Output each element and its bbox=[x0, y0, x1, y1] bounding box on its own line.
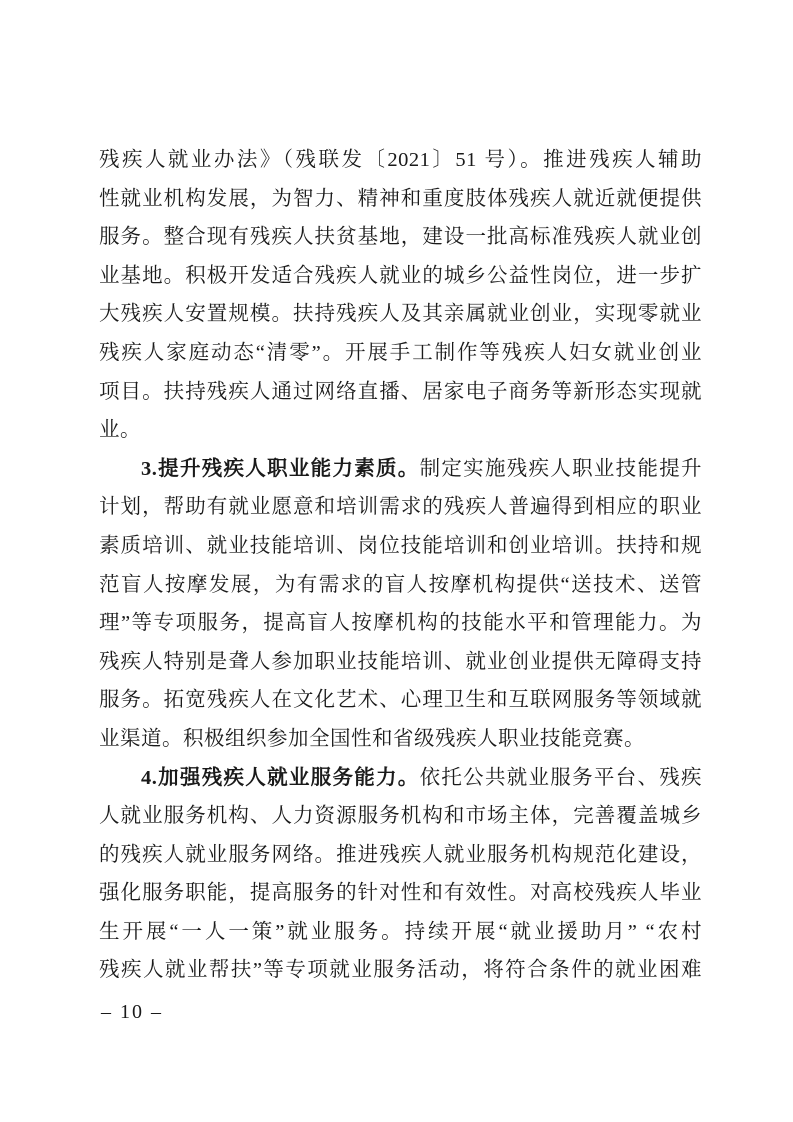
body-text-segment: 生开展“一人一策”就业服务。持续开展“就业援助月” “农村 bbox=[99, 921, 702, 943]
text-line: 服务。整合现有残疾人扶贫基地，建设一批高标准残疾人就业创 bbox=[99, 218, 702, 257]
body-text-segment: 服务。整合现有残疾人扶贫基地，建设一批高标准残疾人就业创 bbox=[99, 226, 702, 248]
para-section-3: 3.提升残疾人职业能力素质。制定实施残疾人职业技能提升计划，帮助有就业愿意和培训… bbox=[99, 450, 702, 759]
text-line: 业。 bbox=[99, 411, 702, 450]
body-text-segment: 服务。拓宽残疾人在文化艺术、心理卫生和互联网服务等领域就 bbox=[99, 689, 702, 711]
body-text-segment: 业基地。积极开发适合残疾人就业的城乡公益性岗位，进一步扩 bbox=[99, 265, 702, 287]
body-text-segment: 强化服务职能，提高服务的针对性和有效性。对高校残疾人毕业 bbox=[99, 882, 702, 904]
body-text-segment: 理”等专项服务，提高盲人按摩机构的技能水平和管理能力。为 bbox=[99, 612, 702, 634]
text-line: 残疾人就业办法》（残联发〔2021〕51 号）。推进残疾人辅助 bbox=[99, 141, 702, 180]
body-text-segment: 性就业机构发展，为智力、精神和重度肢体残疾人就近就便提供 bbox=[99, 188, 702, 210]
text-line: 人就业服务机构、人力资源服务机构和市场主体，完善覆盖城乡 bbox=[99, 797, 702, 836]
text-line: 素质培训、就业技能培训、岗位技能培训和创业培训。扶持和规 bbox=[99, 527, 702, 566]
text-line: 项目。扶持残疾人通过网络直播、居家电子商务等新形态实现就 bbox=[99, 373, 702, 412]
body-text-segment: 范盲人按摩发展，为有需求的盲人按摩机构提供“送技术、送管 bbox=[99, 574, 702, 596]
section-heading: 4.加强残疾人就业服务能力。 bbox=[141, 767, 420, 789]
text-line: 业渠道。积极组织参加全国性和省级残疾人职业技能竞赛。 bbox=[99, 720, 702, 759]
para-continued: 残疾人就业办法》（残联发〔2021〕51 号）。推进残疾人辅助性就业机构发展，为… bbox=[99, 141, 702, 450]
text-line: 大残疾人安置规模。扶持残疾人及其亲属就业创业，实现零就业 bbox=[99, 295, 702, 334]
body-text-segment: 素质培训、就业技能培训、岗位技能培训和创业培训。扶持和规 bbox=[99, 535, 702, 557]
body-text-segment: 项目。扶持残疾人通过网络直播、居家电子商务等新形态实现就 bbox=[99, 381, 702, 403]
body-text: 残疾人就业办法》（残联发〔2021〕51 号）。推进残疾人辅助性就业机构发展，为… bbox=[99, 141, 702, 990]
text-line: 残疾人家庭动态“清零”。开展手工制作等残疾人妇女就业创业 bbox=[99, 334, 702, 373]
text-line: 生开展“一人一策”就业服务。持续开展“就业援助月” “农村 bbox=[99, 913, 702, 952]
para-section-4: 4.加强残疾人就业服务能力。依托公共就业服务平台、残疾人就业服务机构、人力资源服… bbox=[99, 759, 702, 991]
body-text-segment: 业渠道。积极组织参加全国性和省级残疾人职业技能竞赛。 bbox=[99, 728, 645, 750]
text-line: 强化服务职能，提高服务的针对性和有效性。对高校残疾人毕业 bbox=[99, 874, 702, 913]
text-line: 理”等专项服务，提高盲人按摩机构的技能水平和管理能力。为 bbox=[99, 604, 702, 643]
body-text-segment: 业。 bbox=[99, 419, 141, 441]
body-text-segment: 大残疾人安置规模。扶持残疾人及其亲属就业创业，实现零就业 bbox=[99, 303, 702, 325]
document-page: 残疾人就业办法》（残联发〔2021〕51 号）。推进残疾人辅助性就业机构发展，为… bbox=[0, 0, 793, 1122]
text-line: 的残疾人就业服务网络。推进残疾人就业服务机构规范化建设， bbox=[99, 836, 702, 875]
body-text-segment: 残疾人就业办法》（残联发〔2021〕51 号）。推进残疾人辅助 bbox=[99, 149, 702, 171]
body-text-segment: 制定实施残疾人职业技能提升 bbox=[420, 458, 702, 480]
body-text-segment: 计划，帮助有就业愿意和培训需求的残疾人普遍得到相应的职业 bbox=[99, 496, 702, 518]
text-line: 残疾人就业帮扶”等专项就业服务活动，将符合条件的就业困难 bbox=[99, 951, 702, 990]
text-line: 残疾人特别是聋人参加职业技能培训、就业创业提供无障碍支持 bbox=[99, 643, 702, 682]
body-text-segment: 的残疾人就业服务网络。推进残疾人就业服务机构规范化建设， bbox=[99, 844, 702, 866]
text-line: 业基地。积极开发适合残疾人就业的城乡公益性岗位，进一步扩 bbox=[99, 257, 702, 296]
body-text-segment: 残疾人家庭动态“清零”。开展手工制作等残疾人妇女就业创业 bbox=[99, 342, 702, 364]
text-line: 性就业机构发展，为智力、精神和重度肢体残疾人就近就便提供 bbox=[99, 180, 702, 219]
body-text-segment: 依托公共就业服务平台、残疾 bbox=[420, 767, 702, 789]
text-line: 3.提升残疾人职业能力素质。制定实施残疾人职业技能提升 bbox=[99, 450, 702, 489]
body-text-segment: 残疾人就业帮扶”等专项就业服务活动，将符合条件的就业困难 bbox=[99, 959, 702, 981]
text-line: 计划，帮助有就业愿意和培训需求的残疾人普遍得到相应的职业 bbox=[99, 488, 702, 527]
page-number: – 10 – bbox=[101, 997, 163, 1027]
text-line: 4.加强残疾人就业服务能力。依托公共就业服务平台、残疾 bbox=[99, 759, 702, 798]
body-text-segment: 残疾人特别是聋人参加职业技能培训、就业创业提供无障碍支持 bbox=[99, 651, 702, 673]
text-line: 服务。拓宽残疾人在文化艺术、心理卫生和互联网服务等领域就 bbox=[99, 681, 702, 720]
section-heading: 3.提升残疾人职业能力素质。 bbox=[141, 458, 420, 480]
text-line: 范盲人按摩发展，为有需求的盲人按摩机构提供“送技术、送管 bbox=[99, 566, 702, 605]
body-text-segment: 人就业服务机构、人力资源服务机构和市场主体，完善覆盖城乡 bbox=[99, 805, 702, 827]
